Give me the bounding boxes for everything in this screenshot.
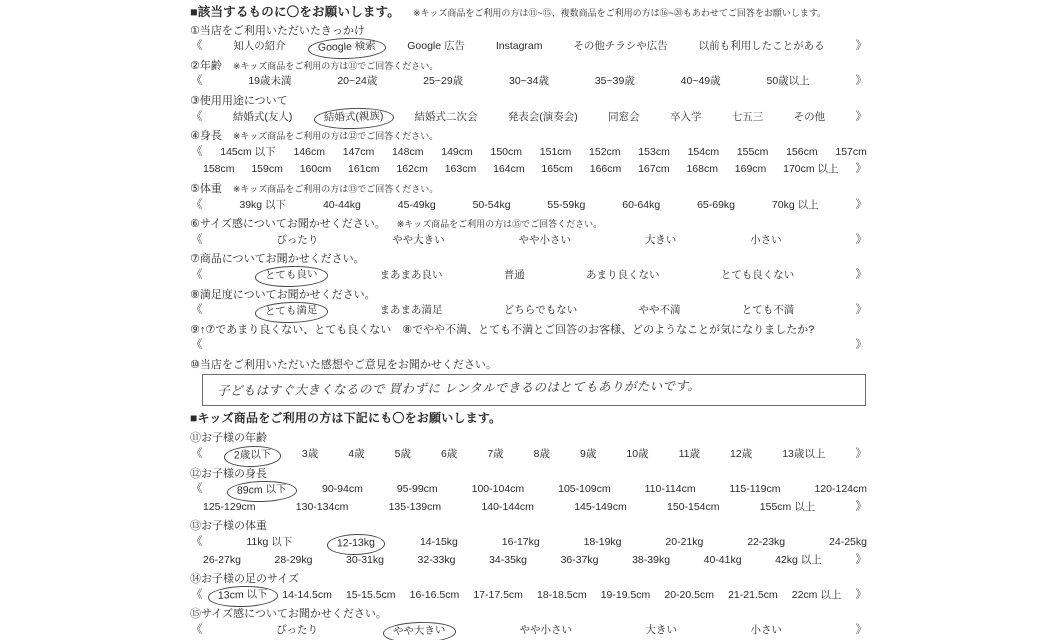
option: 12歳 xyxy=(730,446,752,464)
bracket-close: 》 xyxy=(855,587,867,605)
question-15: ⑮サイズ感についてお聞かせください。《ぴったりやや大きいやや小さい大きい小さい》 xyxy=(190,604,868,639)
option: 21-21.5cm xyxy=(728,587,778,605)
option-row: 《13cm 以下14-14.5cm15-15.5cm16-16.5cm17-17… xyxy=(190,587,868,605)
bracket-close: 》 xyxy=(855,552,867,570)
question-label: ⑨↑⑦であまり良くない、とても良くない ⑧でやや不満、とても不満とご回答のお客様… xyxy=(190,324,814,336)
question-7-label-line: ⑦商品についてお聞かせください。 xyxy=(190,249,868,267)
bracket-open: 《 xyxy=(191,587,203,605)
question-label: ⑫お子様の身長 xyxy=(190,468,267,480)
kids-questions-section: ⑪お子様の年齢《2歳以下3歳4歳5歳6歳7歳8歳9歳10歳11歳12歳13歳以上… xyxy=(190,428,868,639)
bracket-open: 《 xyxy=(191,38,203,56)
option: まあまあ良い xyxy=(380,267,443,285)
question-4-label-line: ④身長※キッズ商品をご利用の方は⑫でご回答ください。 xyxy=(190,126,868,144)
bracket-open: 《 xyxy=(191,144,203,162)
option-row: 《結婚式(友人)結婚式(親族)結婚式二次会発表会(演奏会)同窓会卒入学七五三その… xyxy=(190,109,868,127)
option: 153cm xyxy=(638,144,670,162)
bracket-open: 《 xyxy=(191,534,203,552)
option: 157cm xyxy=(835,144,867,162)
adult-questions-section: ①当店をご利用いただいたきっかけ《知人の紹介Google 検索Google 広告… xyxy=(190,21,868,407)
option: 七五三 xyxy=(732,109,764,127)
option: 168cm xyxy=(686,161,718,179)
option: 18-18.5cm xyxy=(537,587,587,605)
question-11: ⑪お子様の年齢《2歳以下3歳4歳5歳6歳7歳8歳9歳10歳11歳12歳13歳以上… xyxy=(190,428,868,463)
bracket-open: 《 xyxy=(191,446,203,464)
bracket-close: 》 xyxy=(855,197,867,215)
option: 14-15kg xyxy=(420,534,458,552)
bracket-open: 《 xyxy=(191,109,203,127)
question-3-label-line: ③使用用途について xyxy=(190,91,868,109)
bracket-open: 《 xyxy=(191,622,203,640)
option-row: 158cm159cm160cm161cm162cm163cm164cm165cm… xyxy=(190,161,868,179)
option: 100-104cm xyxy=(472,481,525,499)
bracket-close: 》 xyxy=(856,73,868,91)
option: ぴったり xyxy=(276,232,318,250)
bracket-open: 《 xyxy=(191,337,203,355)
question-7: ⑦商品についてお聞かせください。《とても良いまあまあ良い普通あまり良くないとても… xyxy=(190,249,868,284)
survey-content: ■該当するものに〇をお願いします。※キッズ商品をご利用の方は⑪~⑮、複数商品をご… xyxy=(190,3,868,640)
option: やや大きい xyxy=(392,232,445,250)
option: 65-69kg xyxy=(697,197,735,215)
option: 発表会(演奏会) xyxy=(508,109,578,127)
bracket-close: 》 xyxy=(856,302,868,320)
bracket-close: 》 xyxy=(855,499,867,517)
option: 20~24歳 xyxy=(337,73,377,91)
option: 60-64kg xyxy=(622,197,660,215)
option: 70kg 以上 xyxy=(772,197,819,215)
question-label: ⑬お子様の体重 xyxy=(190,520,267,532)
option: 24-25kg xyxy=(829,534,867,552)
option: 150-154cm xyxy=(667,499,720,517)
option: 160cm xyxy=(300,161,332,179)
option: 10歳 xyxy=(626,446,648,464)
option-row: 26-27kg28-29kg30-31kg32-33kg34-35kg36-37… xyxy=(190,552,868,570)
question-1: ①当店をご利用いただいたきっかけ《知人の紹介Google 検索Google 広告… xyxy=(190,21,868,56)
option: 25~29歳 xyxy=(423,73,463,91)
option: 169cm xyxy=(735,161,767,179)
option: 16-17kg xyxy=(502,534,540,552)
question-label: ⑤体重 xyxy=(190,183,222,195)
option: 40-44kg xyxy=(323,197,361,215)
option: 19歳未満 xyxy=(248,73,291,91)
option: 158cm xyxy=(203,161,235,179)
option: 18-19kg xyxy=(584,534,622,552)
option-row: 《89cm 以下90-94cm95-99cm100-104cm105-109cm… xyxy=(190,481,868,499)
option: 32-33kg xyxy=(418,552,456,570)
bracket-close: 》 xyxy=(855,161,867,179)
option: 22-23kg xyxy=(747,534,785,552)
option: 147cm xyxy=(343,144,375,162)
option: 20-20.5cm xyxy=(664,587,714,605)
option: 155cm 以上 xyxy=(760,499,815,517)
option: 120-124cm xyxy=(814,481,867,499)
option: 35~39歳 xyxy=(595,73,635,91)
option: 大きい xyxy=(646,622,678,640)
bracket-close: 》 xyxy=(856,622,868,640)
option-row: 《》 xyxy=(190,337,868,355)
option: 11kg 以下 xyxy=(246,534,292,552)
scanned-survey-sheet: ■該当するものに〇をお願いします。※キッズ商品をご利用の方は⑪~⑮、複数商品をご… xyxy=(0,0,1060,640)
option: 162cm xyxy=(396,161,428,179)
kids-section-title: ■キッズ商品をご利用の方は下記にも〇をお願いします。 xyxy=(190,409,868,428)
option: 50歳以上 xyxy=(766,73,809,91)
question-4: ④身長※キッズ商品をご利用の方は⑫でご回答ください。《145cm 以下146cm… xyxy=(190,126,868,179)
question-13-label-line: ⑬お子様の体重 xyxy=(190,516,868,534)
handwritten-comment: 子どもはすぐ大きくなるので 買わずに レンタルできるのはとてもありがたいです。 xyxy=(217,376,700,399)
question-10-label-line: ⑩当店をご利用いただいた感想やご意見をお聞かせください。 xyxy=(190,355,868,373)
question-label: ⑥サイズ感についてお聞かせください。 xyxy=(190,218,386,230)
question-12: ⑫お子様の身長《89cm 以下90-94cm95-99cm100-104cm10… xyxy=(190,464,868,517)
circled-option: 2歳以下 xyxy=(223,445,281,467)
option: 小さい xyxy=(750,232,782,250)
option: 150cm xyxy=(491,144,523,162)
option: 164cm xyxy=(493,161,525,179)
option: 135-139cm xyxy=(389,499,442,517)
question-label: ①当店をご利用いただいたきっかけ xyxy=(190,25,365,37)
option: 149cm xyxy=(441,144,473,162)
option: 152cm xyxy=(589,144,621,162)
bracket-close: 》 xyxy=(855,38,867,56)
option: 140-144cm xyxy=(481,499,534,517)
question-14-label-line: ⑭お子様の足のサイズ xyxy=(190,569,868,587)
comment-box: 子どもはすぐ大きくなるので 買わずに レンタルできるのはとてもありがたいです。 xyxy=(202,374,866,406)
bracket-open: 《 xyxy=(191,481,203,499)
option: 22cm 以上 xyxy=(792,587,842,605)
option: 同窓会 xyxy=(608,109,640,127)
option: 6歳 xyxy=(441,446,457,464)
option: 115-119cm xyxy=(730,481,781,499)
question-8-label-line: ⑧満足度についてお聞かせください。 xyxy=(190,285,868,303)
option: 110-114cm xyxy=(645,481,696,499)
option: 9歳 xyxy=(580,446,596,464)
question-2: ②年齢※キッズ商品をご利用の方は⑪でご回答ください。《19歳未満20~24歳25… xyxy=(190,56,868,91)
option: ぴったり xyxy=(276,622,318,640)
option: その他チラシや広告 xyxy=(573,38,668,56)
option: 28-29kg xyxy=(275,552,313,570)
option: 50-54kg xyxy=(473,197,511,215)
option: 156cm xyxy=(786,144,818,162)
option: 161cm xyxy=(348,161,380,179)
option: 40-41kg xyxy=(704,552,742,570)
option: 卒入学 xyxy=(670,109,702,127)
option-row: 《とても満足まあまあ満足どちらでもないやや不満とても不満》 xyxy=(190,302,868,320)
question-label: ②年齢 xyxy=(190,60,222,72)
option-row: 《2歳以下3歳4歳5歳6歳7歳8歳9歳10歳11歳12歳13歳以上》 xyxy=(190,446,868,464)
header-line: ■該当するものに〇をお願いします。※キッズ商品をご利用の方は⑪~⑮、複数商品をご… xyxy=(190,3,868,21)
question-6-label-line: ⑥サイズ感についてお聞かせください。※キッズ商品をご利用の方は⑮でご回答ください… xyxy=(190,214,868,232)
option: 普通 xyxy=(504,267,525,285)
option: 166cm xyxy=(590,161,622,179)
option: やや小さい xyxy=(518,232,571,250)
option: 95-99cm xyxy=(397,481,438,499)
option: とても不満 xyxy=(742,302,795,320)
option: 20-21kg xyxy=(665,534,703,552)
question-9: ⑨↑⑦であまり良くない、とても良くない ⑧でやや不満、とても不満とご回答のお客様… xyxy=(190,320,868,355)
question-label: ⑭お子様の足のサイズ xyxy=(190,573,299,585)
question-5-label-line: ⑤体重※キッズ商品をご利用の方は⑬でご回答ください。 xyxy=(190,179,868,197)
option: 155cm xyxy=(737,144,769,162)
option-row: 《ぴったりやや大きいやや小さい大きい小さい》 xyxy=(190,622,868,640)
option: 148cm xyxy=(392,144,424,162)
bracket-open: 《 xyxy=(191,197,203,215)
option-row: 《とても良いまあまあ良い普通あまり良くないとても良くない》 xyxy=(190,267,868,285)
question-12-label-line: ⑫お子様の身長 xyxy=(190,464,868,482)
option: 105-109cm xyxy=(558,481,611,499)
option: 知人の紹介 xyxy=(233,38,286,56)
option: Google 広告 xyxy=(407,38,465,56)
option: 19-19.5cm xyxy=(601,587,651,605)
circled-option: やや大きい xyxy=(382,620,455,640)
option: 大きい xyxy=(645,232,677,250)
option: 151cm xyxy=(540,144,572,162)
question-note: ※キッズ商品をご利用の方は⑫でご回答ください。 xyxy=(233,131,438,141)
option: 26-27kg xyxy=(203,552,241,570)
option: 13歳以上 xyxy=(782,446,825,464)
bracket-close: 》 xyxy=(855,109,867,127)
option-row: 《39kg 以下40-44kg45-49kg50-54kg55-59kg60-6… xyxy=(190,197,868,215)
option: 130-134cm xyxy=(296,499,349,517)
question-10: ⑩当店をご利用いただいた感想やご意見をお聞かせください。子どもはすぐ大きくなるの… xyxy=(190,355,868,407)
question-3: ③使用用途について《結婚式(友人)結婚式(親族)結婚式二次会発表会(演奏会)同窓… xyxy=(190,91,868,126)
question-1-label-line: ①当店をご利用いただいたきっかけ xyxy=(190,21,868,39)
option: 45-49kg xyxy=(398,197,436,215)
option: やや不満 xyxy=(638,302,680,320)
option: 11歳 xyxy=(679,446,700,464)
bracket-open: 《 xyxy=(191,302,203,320)
question-label: ⑪お子様の年齢 xyxy=(190,432,267,444)
option-row: 《11kg 以下12-13kg14-15kg16-17kg18-19kg20-2… xyxy=(190,534,868,552)
option: 40~49歳 xyxy=(681,73,721,91)
option: 14-14.5cm xyxy=(282,587,332,605)
option-row: 《知人の紹介Google 検索Google 広告Instagramその他チラシや… xyxy=(190,38,868,56)
question-label: ⑦商品についてお聞かせください。 xyxy=(190,253,365,265)
question-label: ③使用用途について xyxy=(190,95,288,107)
option: 159cm xyxy=(251,161,283,179)
option: 結婚式(友人) xyxy=(233,109,293,127)
question-note: ※キッズ商品をご利用の方は⑮でご回答ください。 xyxy=(397,219,602,229)
option: やや小さい xyxy=(520,622,573,640)
question-5: ⑤体重※キッズ商品をご利用の方は⑬でご回答ください。《39kg 以下40-44k… xyxy=(190,179,868,214)
option-row: 《ぴったりやや大きいやや小さい大きい小さい》 xyxy=(190,232,868,250)
question-label: ④身長 xyxy=(190,130,222,142)
option: 7歳 xyxy=(487,446,503,464)
option: 55-59kg xyxy=(547,197,585,215)
option: 165cm xyxy=(541,161,573,179)
option: 145-149cm xyxy=(574,499,627,517)
option: 36-37kg xyxy=(561,552,599,570)
option: 30~34歳 xyxy=(509,73,549,91)
option: とても良くない xyxy=(721,267,795,285)
option: 結婚式二次会 xyxy=(414,109,477,127)
question-label: ⑧満足度についてお聞かせください。 xyxy=(190,289,376,301)
option: どちらでもない xyxy=(504,302,577,320)
question-14: ⑭お子様の足のサイズ《13cm 以下14-14.5cm15-15.5cm16-1… xyxy=(190,569,868,604)
option: 39kg 以下 xyxy=(239,197,286,215)
option: 154cm xyxy=(688,144,720,162)
option: Instagram xyxy=(496,38,543,56)
option: その他 xyxy=(794,109,826,127)
question-6: ⑥サイズ感についてお聞かせください。※キッズ商品をご利用の方は⑮でご回答ください… xyxy=(190,214,868,249)
option: 4歳 xyxy=(348,446,364,464)
bracket-close: 》 xyxy=(856,267,868,285)
question-2-label-line: ②年齢※キッズ商品をご利用の方は⑪でご回答ください。 xyxy=(190,56,868,74)
bracket-close: 》 xyxy=(856,337,868,355)
question-label: ⑮サイズ感についてお聞かせください。 xyxy=(190,608,387,620)
option: 145cm 以下 xyxy=(220,144,275,162)
option-row: 《145cm 以下146cm147cm148cm149cm150cm151cm1… xyxy=(190,144,868,162)
option: 17-17.5cm xyxy=(473,587,523,605)
option: まあまあ満足 xyxy=(380,302,443,320)
question-11-label-line: ⑪お子様の年齢 xyxy=(190,428,868,446)
page-title: ■該当するものに〇をお願いします。 xyxy=(190,5,400,19)
question-note: ※キッズ商品をご利用の方は⑬でご回答ください。 xyxy=(233,184,438,194)
option: 42kg 以上 xyxy=(775,552,822,570)
option: 5歳 xyxy=(395,446,411,464)
option: 8歳 xyxy=(534,446,550,464)
option: あまり良くない xyxy=(586,267,660,285)
option: 170cm 以上 xyxy=(783,161,838,179)
bracket-open: 《 xyxy=(191,267,203,285)
option: 146cm xyxy=(293,144,325,162)
option: 38-39kg xyxy=(632,552,670,570)
option-row: 《19歳未満20~24歳25~29歳30~34歳35~39歳40~49歳50歳以… xyxy=(190,73,868,91)
option: 以前も利用したことがある xyxy=(699,38,825,56)
bracket-open: 《 xyxy=(191,73,203,91)
bracket-close: 》 xyxy=(855,232,867,250)
bracket-open: 《 xyxy=(191,232,203,250)
page-title-note: ※キッズ商品をご利用の方は⑪~⑮、複数商品をご利用の方は⑯~⑳もあわせてご回答を… xyxy=(413,8,826,18)
option: 34-35kg xyxy=(489,552,527,570)
question-label: ⑩当店をご利用いただいた感想やご意見をお聞かせください。 xyxy=(190,359,497,371)
bracket-close: 》 xyxy=(855,446,867,464)
option: 90-94cm xyxy=(322,481,363,499)
option: 15-15.5cm xyxy=(346,587,396,605)
question-13: ⑬お子様の体重《11kg 以下12-13kg14-15kg16-17kg18-1… xyxy=(190,516,868,569)
option: 3歳 xyxy=(302,446,318,464)
option: 167cm xyxy=(638,161,670,179)
question-note: ※キッズ商品をご利用の方は⑪でご回答ください。 xyxy=(233,61,438,71)
option: 小さい xyxy=(751,622,783,640)
question-8: ⑧満足度についてお聞かせください。《とても満足まあまあ満足どちらでもないやや不満… xyxy=(190,285,868,320)
option: 163cm xyxy=(445,161,477,179)
option: 16-16.5cm xyxy=(410,587,460,605)
question-15-label-line: ⑮サイズ感についてお聞かせください。 xyxy=(190,604,868,622)
option-row: 125-129cm130-134cm135-139cm140-144cm145-… xyxy=(190,499,868,517)
